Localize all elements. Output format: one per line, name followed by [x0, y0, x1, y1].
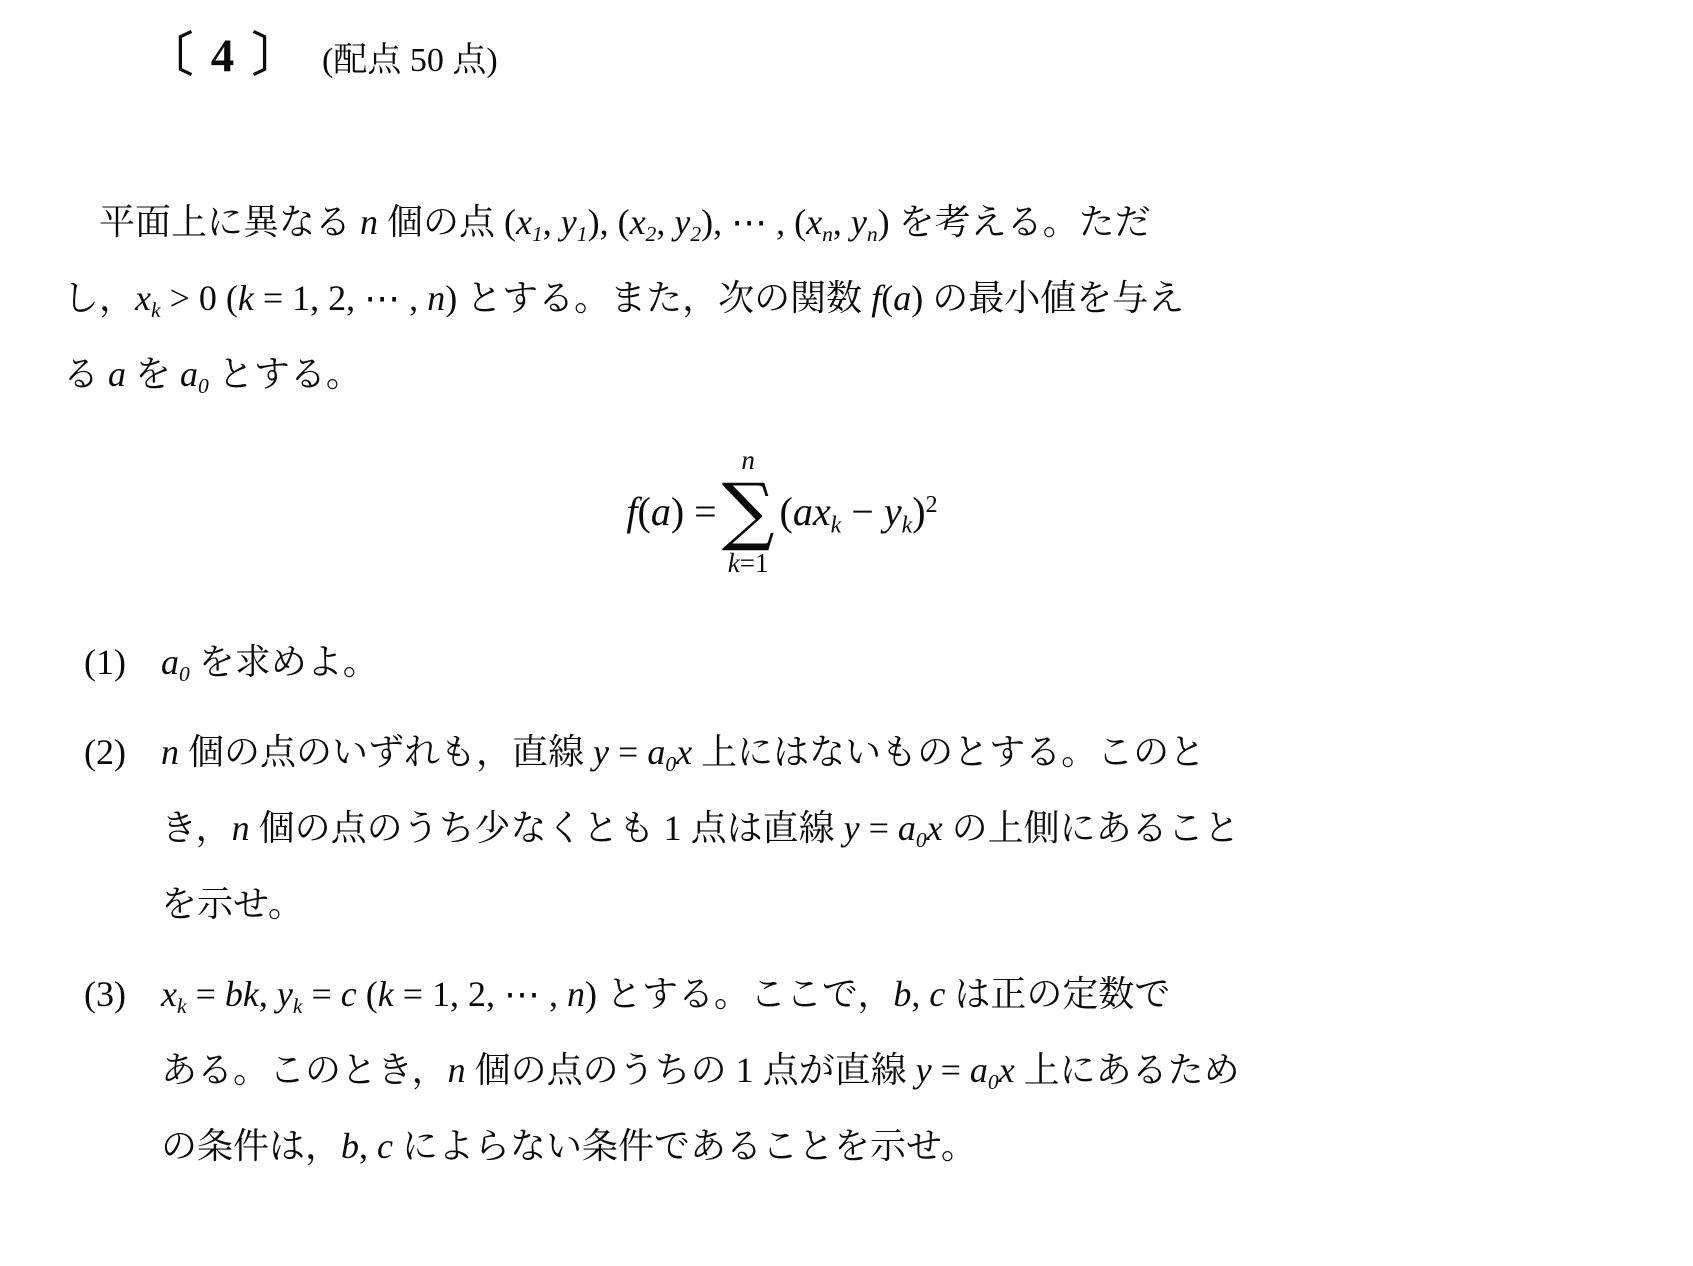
problem-item-3: (3) xk = bk, yk = c (k = 1, 2, ⋯ , n) とす… — [84, 956, 1508, 1184]
item-marker-1: (1) — [84, 624, 161, 700]
item-3-line-1: xk = bk, yk = c (k = 1, 2, ⋯ , n) とする。ここ… — [161, 956, 1508, 1032]
item-2-body: n 個の点のいずれも，直線 y = a0x 上にはないものとする。このと き，n… — [161, 714, 1508, 942]
formula-rhs: (axk − yk)2 — [780, 488, 938, 535]
item-3-line-2: ある。このとき，n 個の点のうちの 1 点が直線 y = a0x 上にあるため — [161, 1032, 1508, 1108]
formula-lhs: f(a) = — [626, 488, 716, 535]
intro-line-1: 平面上に異なる n 個の点 (x1, y1), (x2, y2), ⋯ , (x… — [63, 184, 1501, 260]
item-1-line-1: a0 を求めよ。 — [161, 624, 1508, 700]
problem-list: (1) a0 を求めよ。 (2) n 個の点のいずれも，直線 y = a0x 上… — [84, 624, 1508, 1184]
problem-heading: 〔 4 〕 (配点 50 点) — [146, 18, 498, 85]
intro-line-2: し，xk > 0 (k = 1, 2, ⋯ , n) とする。また，次の関数 f… — [63, 260, 1501, 336]
display-formula: f(a) = n ∑ k=1 (axk − yk)2 — [63, 444, 1501, 579]
points-note: (配点 50 点) — [322, 32, 498, 81]
item-2-line-3: を示せ。 — [161, 866, 1508, 942]
intro-paragraph: 平面上に異なる n 個の点 (x1, y1), (x2, y2), ⋯ , (x… — [63, 184, 1501, 412]
item-marker-2: (2) — [84, 714, 161, 942]
problem-number: 〔 4 〕 — [146, 18, 302, 85]
intro-line-3: る a を a0 とする。 — [63, 336, 1501, 412]
item-2-line-2: き，n 個の点のうち少なくとも 1 点は直線 y = a0x の上側にあること — [161, 790, 1508, 866]
item-3-body: xk = bk, yk = c (k = 1, 2, ⋯ , n) とする。ここ… — [161, 956, 1508, 1184]
item-2-line-1: n 個の点のいずれも，直線 y = a0x 上にはないものとする。このと — [161, 714, 1508, 790]
problem-item-1: (1) a0 を求めよ。 — [84, 624, 1508, 700]
sigma-icon: ∑ — [722, 476, 775, 546]
summation: n ∑ k=1 — [722, 444, 775, 579]
problem-item-2: (2) n 個の点のいずれも，直線 y = a0x 上にはないものとする。このと… — [84, 714, 1508, 942]
item-3-line-3: の条件は，b, c によらない条件であることを示せ。 — [161, 1108, 1508, 1184]
item-marker-3: (3) — [84, 956, 161, 1184]
sum-lower-limit: k=1 — [728, 547, 769, 579]
exam-page: 〔 4 〕 (配点 50 点) 平面上に異なる n 個の点 (x1, y1), … — [0, 0, 1693, 1266]
item-1-body: a0 を求めよ。 — [161, 624, 1508, 700]
